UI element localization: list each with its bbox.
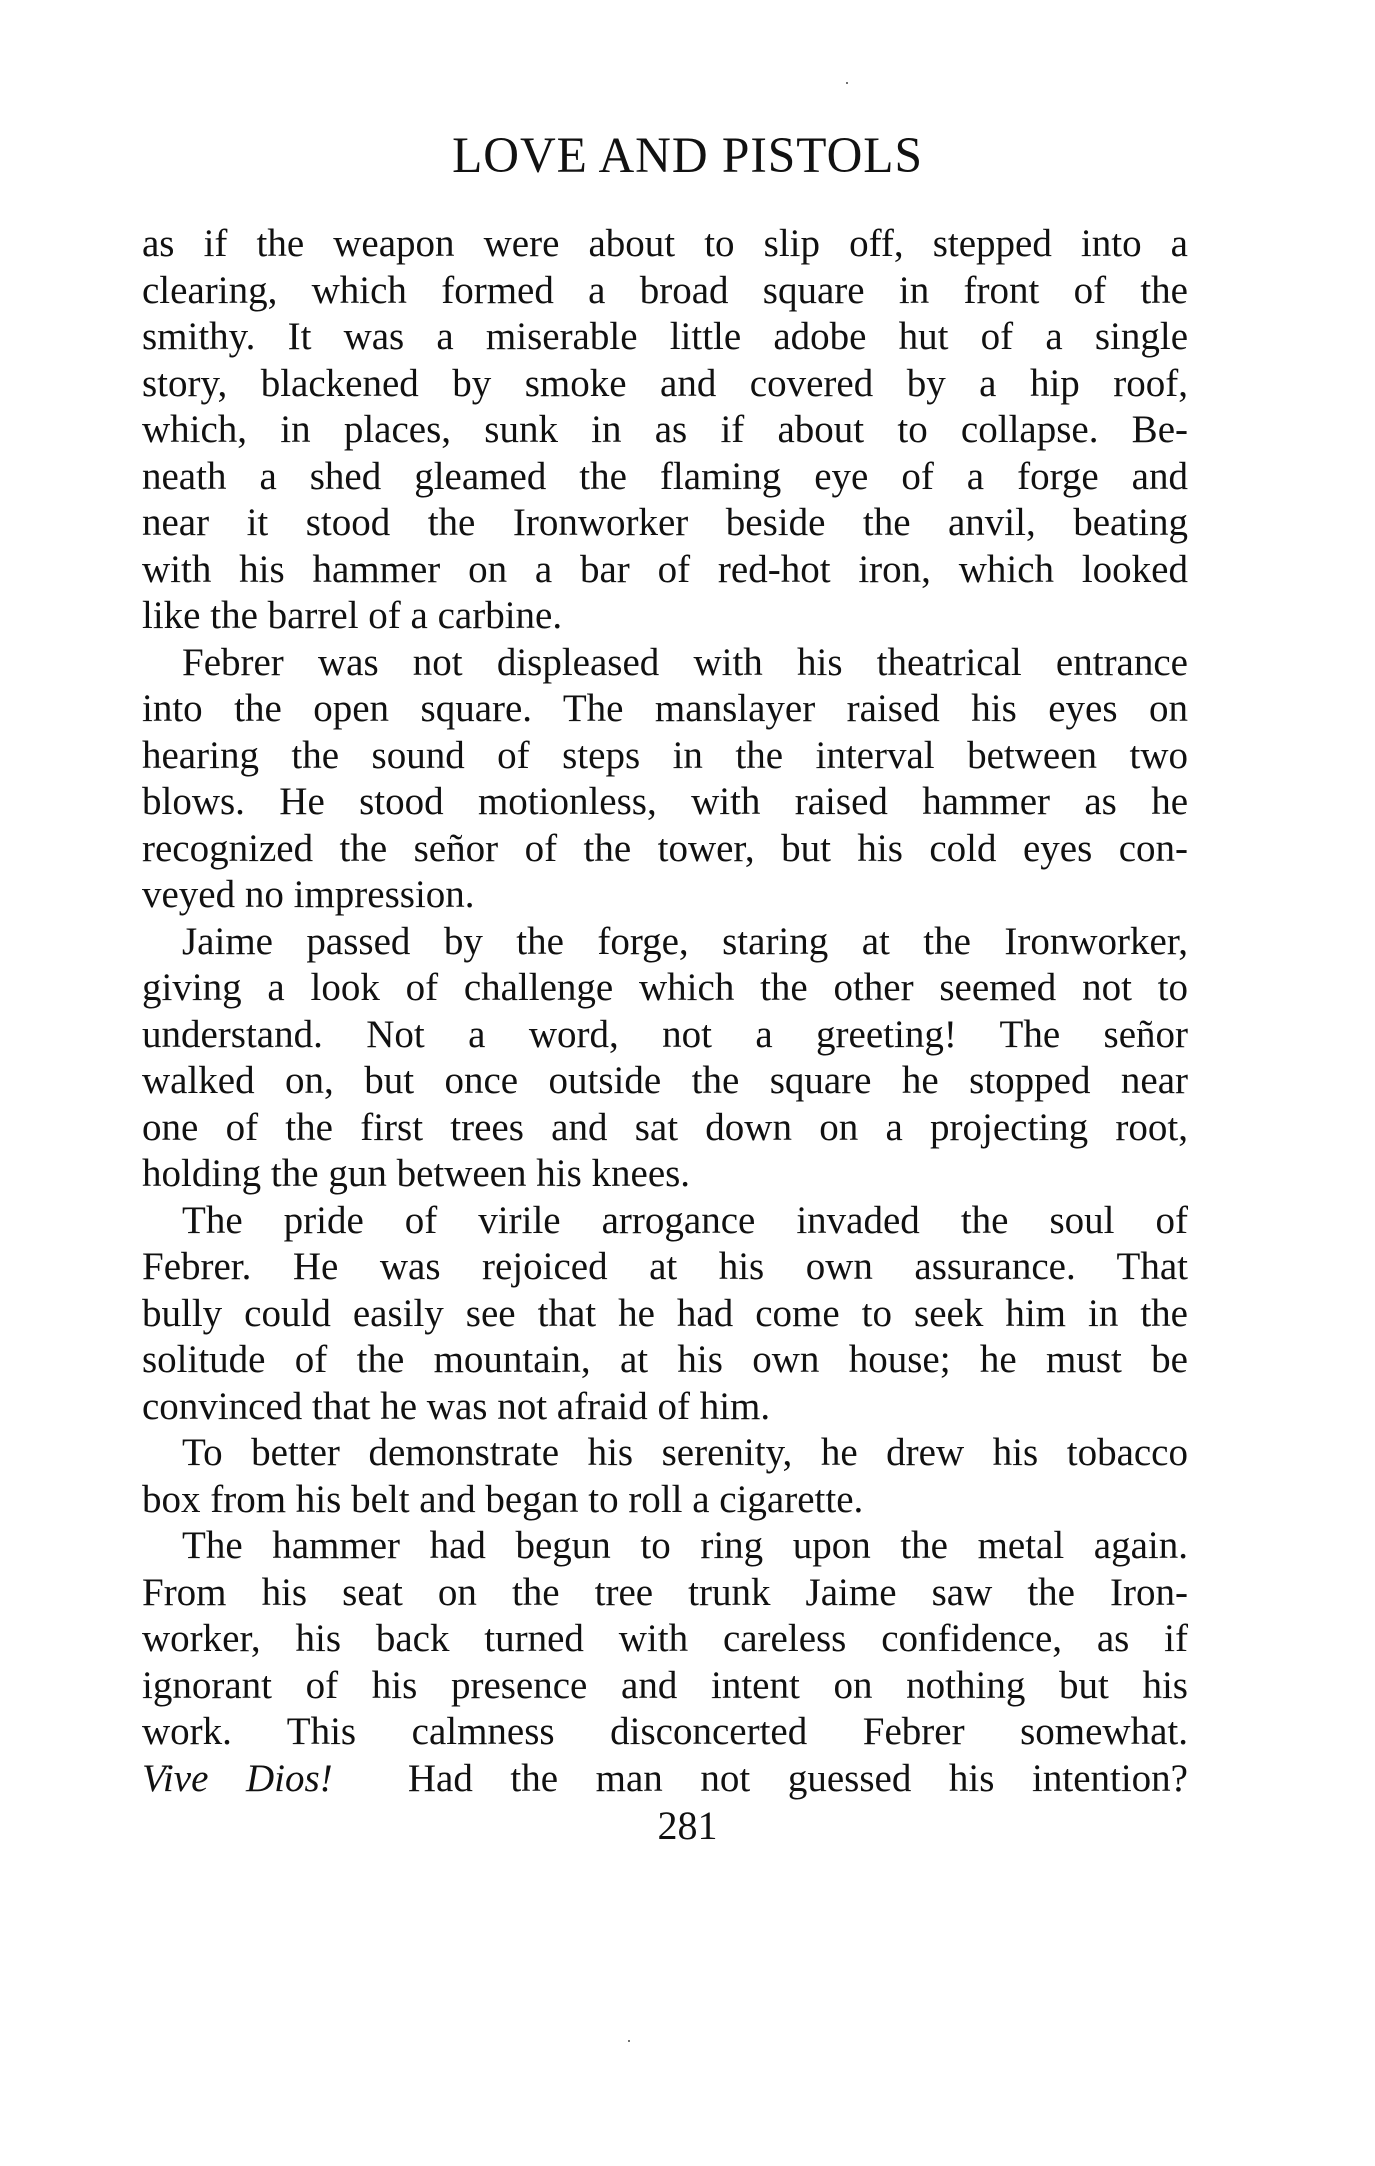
- text-line: ignorant of his presence and intent on n…: [142, 1663, 1188, 1710]
- text-line: hearing the sound of steps in the interv…: [142, 733, 1188, 780]
- text-line: convinced that he was not afraid of him.: [142, 1384, 1188, 1431]
- text-line: Febrer. He was rejoiced at his own assur…: [142, 1244, 1188, 1291]
- running-head: LOVE AND PISTOLS: [21, 128, 1355, 184]
- text-line: Febrer was not displeased with his theat…: [142, 640, 1188, 687]
- text-line: Vive Dios! Had the man not guessed his i…: [142, 1756, 1188, 1803]
- text-line: walked on, but once outside the square h…: [142, 1058, 1188, 1105]
- text-line: clearing, which formed a broad square in…: [142, 268, 1188, 315]
- book-page: LOVE AND PISTOLS as if the weapon were a…: [0, 0, 1375, 2166]
- text-line: worker, his back turned with careless co…: [142, 1616, 1188, 1663]
- italic-exclamation: Vive Dios!: [142, 1757, 333, 1800]
- text-line: near it stood the Ironworker beside the …: [142, 500, 1188, 547]
- text-line: To better demonstrate his serenity, he d…: [142, 1430, 1188, 1477]
- paragraph: To better demonstrate his serenity, he d…: [142, 1430, 1188, 1523]
- text-line: neath a shed gleamed the flaming eye of …: [142, 454, 1188, 501]
- text-line: veyed no impression.: [142, 872, 1188, 919]
- text-line: one of the first trees and sat down on a…: [142, 1105, 1188, 1152]
- page-number: 281: [0, 1803, 1375, 1849]
- text-line: work. This calmness disconcerted Febrer …: [142, 1709, 1188, 1756]
- body-text: as if the weapon were about to slip off,…: [142, 221, 1188, 1802]
- text-line: like the barrel of a carbine.: [142, 593, 1188, 640]
- text-line: bully could easily see that he had come …: [142, 1291, 1188, 1338]
- text-line: into the open square. The manslayer rais…: [142, 686, 1188, 733]
- text-fragment: Had the man not guessed his intention?: [333, 1757, 1188, 1800]
- text-line: story, blackened by smoke and covered by…: [142, 361, 1188, 408]
- text-line: with his hammer on a bar of red-hot iron…: [142, 547, 1188, 594]
- scan-speck: [846, 82, 848, 84]
- paragraph: The hammer had begun to ring upon the me…: [142, 1523, 1188, 1802]
- text-line: holding the gun between his knees.: [142, 1151, 1188, 1198]
- paragraph: Febrer was not displeased with his theat…: [142, 640, 1188, 919]
- text-line: The pride of virile arrogance invaded th…: [142, 1198, 1188, 1245]
- text-line: as if the weapon were about to slip off,…: [142, 221, 1188, 268]
- scan-speck: [628, 2040, 630, 2042]
- paragraph: The pride of virile arrogance invaded th…: [142, 1198, 1188, 1431]
- text-line: box from his belt and began to roll a ci…: [142, 1477, 1188, 1524]
- text-line: understand. Not a word, not a greeting! …: [142, 1012, 1188, 1059]
- paragraph: as if the weapon were about to slip off,…: [142, 221, 1188, 640]
- text-line: Jaime passed by the forge, staring at th…: [142, 919, 1188, 966]
- text-line: solitude of the mountain, at his own hou…: [142, 1337, 1188, 1384]
- text-line: The hammer had begun to ring upon the me…: [142, 1523, 1188, 1570]
- paragraph: Jaime passed by the forge, staring at th…: [142, 919, 1188, 1198]
- text-line: giving a look of challenge which the oth…: [142, 965, 1188, 1012]
- text-line: smithy. It was a miserable little adobe …: [142, 314, 1188, 361]
- text-line: recognized the señor of the tower, but h…: [142, 826, 1188, 873]
- text-line: From his seat on the tree trunk Jaime sa…: [142, 1570, 1188, 1617]
- text-line: blows. He stood motionless, with raised …: [142, 779, 1188, 826]
- text-line: which, in places, sunk in as if about to…: [142, 407, 1188, 454]
